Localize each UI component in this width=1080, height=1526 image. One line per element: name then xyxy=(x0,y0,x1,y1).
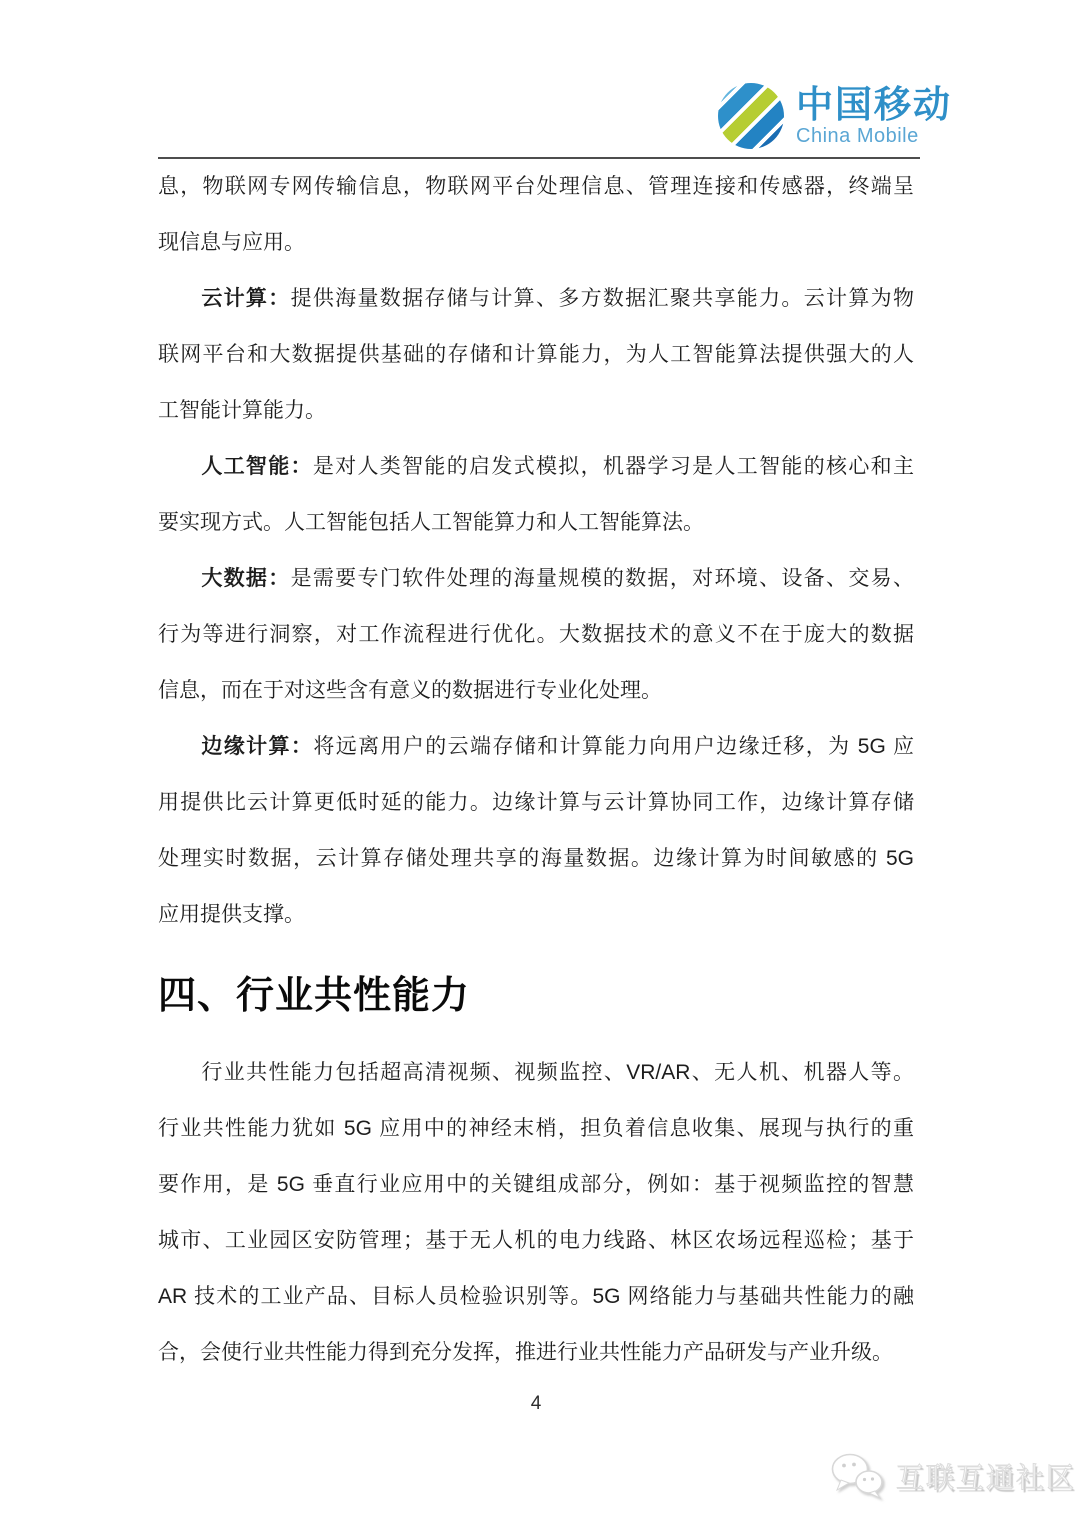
page-number: 4 xyxy=(158,1393,914,1415)
wechat-icon xyxy=(830,1452,886,1500)
paragraph-line: 行业共性能力犹如 5G 应用中的神经末梢，担负着信息收集、展现与执行的重 xyxy=(158,1101,914,1157)
page-header: 中国移动 China Mobile xyxy=(0,0,1080,157)
paragraph-lead: 边缘计算： xyxy=(200,735,313,758)
paragraph-line: 处理实时数据，云计算存储处理共享的海量数据。边缘计算为时间敏感的 5G xyxy=(158,831,914,887)
paragraph-line: 边缘计算：将远离用户的云端存储和计算能力向用户边缘迁移，为 5G 应 xyxy=(158,719,914,775)
china-mobile-logo-icon xyxy=(718,83,784,149)
china-mobile-logo-text: 中国移动 China Mobile xyxy=(796,86,952,146)
paragraph-line: 现信息与应用。 xyxy=(158,215,914,271)
paragraph-line: 行业共性能力包括超高清视频、视频监控、VR/AR、无人机、机器人等。 xyxy=(158,1045,914,1101)
document-page: 中国移动 China Mobile 息，物联网专网传输信息，物联网平台处理信息、… xyxy=(0,0,1080,1526)
brand-name-cn: 中国移动 xyxy=(796,86,952,123)
paragraph-line: AR 技术的工业产品、目标人员检验识别等。5G 网络能力与基础共性能力的融 xyxy=(158,1269,914,1325)
paragraph-line: 大数据：是需要专门软件处理的海量规模的数据，对环境、设备、交易、 xyxy=(158,551,914,607)
section-paragraphs: 行业共性能力包括超高清视频、视频监控、VR/AR、无人机、机器人等。行业共性能力… xyxy=(158,1045,914,1381)
paragraph-line: 要实现方式。人工智能包括人工智能算力和人工智能算法。 xyxy=(158,495,914,551)
paragraph-line: 工智能计算能力。 xyxy=(158,383,914,439)
china-mobile-logo: 中国移动 China Mobile xyxy=(718,83,952,149)
paragraph-line: 用提供比云计算更低时延的能力。边缘计算与云计算协同工作，边缘计算存储 xyxy=(158,775,914,831)
document-body: 息，物联网专网传输信息，物联网平台处理信息、管理连接和传感器，终端呈现信息与应用… xyxy=(158,159,914,1415)
watermark-label: 互联互通社区 xyxy=(896,1456,1076,1496)
paragraph-line: 云计算：提供海量数据存储与计算、多方数据汇聚共享能力。云计算为物 xyxy=(158,271,914,327)
paragraph-line: 息，物联网专网传输信息，物联网平台处理信息、管理连接和传感器，终端呈 xyxy=(158,159,914,215)
paragraph-lead: 云计算： xyxy=(200,287,291,310)
paragraph-line: 信息，而在于对这些含有意义的数据进行专业化处理。 xyxy=(158,663,914,719)
paragraph-line: 要作用，是 5G 垂直行业应用中的关键组成部分，例如：基于视频监控的智慧 xyxy=(158,1157,914,1213)
paragraph-line: 应用提供支撑。 xyxy=(158,887,914,943)
paragraph-lead: 人工智能： xyxy=(200,455,313,478)
paragraph-line: 合，会使行业共性能力得到充分发挥，推进行业共性能力产品研发与产业升级。 xyxy=(158,1325,914,1381)
paragraph-line: 人工智能：是对人类智能的启发式模拟，机器学习是人工智能的核心和主 xyxy=(158,439,914,495)
community-watermark: 互联互通社区 xyxy=(830,1452,1076,1500)
paragraph-line: 联网平台和大数据提供基础的存储和计算能力，为人工智能算法提供强大的人 xyxy=(158,327,914,383)
brand-name-en: China Mobile xyxy=(796,126,952,146)
intro-paragraphs: 息，物联网专网传输信息，物联网平台处理信息、管理连接和传感器，终端呈现信息与应用… xyxy=(158,159,914,943)
paragraph-line: 城市、工业园区安防管理；基于无人机的电力线路、林区农场远程巡检；基于 xyxy=(158,1213,914,1269)
section-heading: 四、行业共性能力 xyxy=(158,973,914,1019)
paragraph-lead: 大数据： xyxy=(200,567,291,590)
paragraph-line: 行为等进行洞察，对工作流程进行优化。大数据技术的意义不在于庞大的数据 xyxy=(158,607,914,663)
